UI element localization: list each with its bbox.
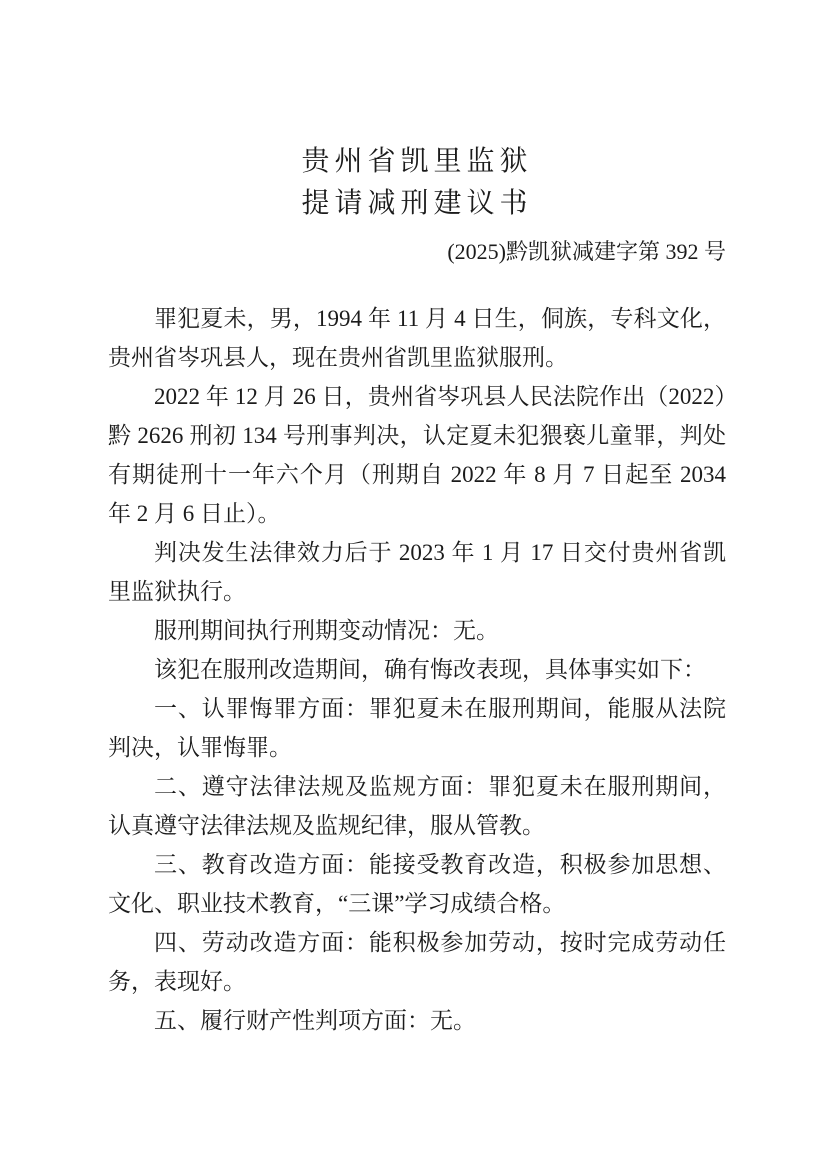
paragraph: 五、履行财产性判项方面：无。: [108, 1001, 726, 1040]
paragraph: 三、教育改造方面：能接受教育改造，积极参加思想、文化、职业技术教育，“三课”学习…: [108, 845, 726, 923]
doc-number: (2025)黔凯狱减建字第 392 号: [108, 237, 726, 267]
document-page: 贵州省凯里监狱 提请减刑建议书 (2025)黔凯狱减建字第 392 号 罪犯夏未…: [0, 0, 827, 1169]
document: 贵州省凯里监狱 提请减刑建议书 (2025)黔凯狱减建字第 392 号 罪犯夏未…: [108, 0, 726, 1169]
org-title: 贵州省凯里监狱: [108, 141, 726, 183]
paragraph: 四、劳动改造方面：能积极参加劳动，按时完成劳动任务，表现好。: [108, 923, 726, 1001]
doc-title: 提请减刑建议书: [108, 183, 726, 225]
paragraph: 二、遵守法律法规及监规方面：罪犯夏未在服刑期间，认真遵守法律法规及监规纪律，服从…: [108, 767, 726, 845]
paragraph: 2022 年 12 月 26 日，贵州省岑巩县人民法院作出（2022）黔 262…: [108, 377, 726, 533]
paragraph: 判决发生法律效力后于 2023 年 1 月 17 日交付贵州省凯里监狱执行。: [108, 533, 726, 611]
document-header: 贵州省凯里监狱 提请减刑建议书: [108, 141, 726, 225]
paragraph: 罪犯夏未，男，1994 年 11 月 4 日生，侗族，专科文化，贵州省岑巩县人，…: [108, 299, 726, 377]
paragraph: 该犯在服刑改造期间，确有悔改表现，具体事实如下：: [108, 650, 726, 689]
paragraph: 一、认罪悔罪方面：罪犯夏未在服刑期间，能服从法院判决，认罪悔罪。: [108, 689, 726, 767]
document-body: 罪犯夏未，男，1994 年 11 月 4 日生，侗族，专科文化，贵州省岑巩县人，…: [108, 299, 726, 1040]
paragraph: 服刑期间执行刑期变动情况：无。: [108, 611, 726, 650]
